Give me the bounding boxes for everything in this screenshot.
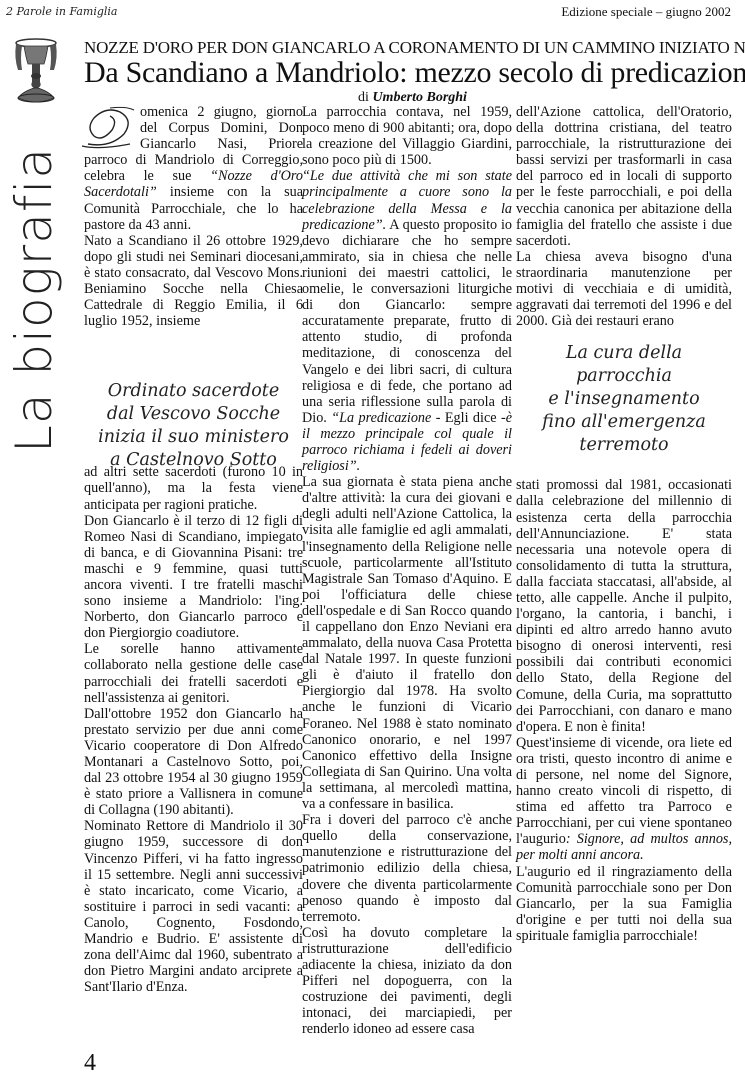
paragraph: Nominato Rettore di Mandriolo il 30 giug… xyxy=(84,818,303,995)
publication-name: 2 Parole in Famiglia xyxy=(6,5,118,18)
pullquote-1: Ordinato sacerdote dal Vescovo Socche in… xyxy=(84,380,303,472)
paragraph: “Le due attività che mi son state princi… xyxy=(302,168,512,474)
section-label: La biografia xyxy=(4,160,64,440)
paragraph: Don Giancarlo è il terzo di 12 figli di … xyxy=(84,513,303,642)
pullquote-line: a Castelnovo Sotto xyxy=(84,449,303,472)
paragraph: Le sorelle hanno attivamente collaborato… xyxy=(84,641,303,705)
column-2: La parrocchia contava, nel 1959, poco me… xyxy=(302,104,512,1037)
paragraph: Nato a Scandiano il 26 ottobre 1929, dop… xyxy=(84,233,303,330)
byline-prefix: di xyxy=(358,90,369,105)
pullquote-line: fino all'emergenza xyxy=(516,411,732,434)
paragraph: Quest'insieme di vicende, ora liete ed o… xyxy=(516,735,732,864)
edition-label: Edizione speciale – giugno 2002 xyxy=(561,4,731,20)
paragraph: stati promossi dal 1981, occasionati dal… xyxy=(516,477,732,735)
pullquote-line: e l'insegnamento xyxy=(516,388,732,411)
text: - Egli dice xyxy=(431,410,501,426)
paragraph: Così ha dovuto completare la ristruttura… xyxy=(302,925,512,1038)
article-title: Da Scandiano a Mandriolo: mezzo secolo d… xyxy=(84,56,734,90)
paragraph: La parrocchia contava, nel 1959, poco me… xyxy=(302,104,512,168)
ornamental-d-icon xyxy=(80,104,136,152)
pullquote-line: terremoto xyxy=(516,434,732,457)
paragraph: dell'Azione cattolica, dell'Oratorio, de… xyxy=(516,104,732,249)
paragraph: Dall'ottobre 1952 don Giancarlo ha prest… xyxy=(84,706,303,819)
text: A questo proposito io devo dichiarare ch… xyxy=(302,217,512,426)
pullquote-2: La cura della parrocchia e l'insegnament… xyxy=(516,342,732,457)
text-italic: “La predicazione xyxy=(331,410,431,426)
pullquote-line: La cura della xyxy=(516,342,732,365)
column-3: dell'Azione cattolica, dell'Oratorio, de… xyxy=(516,104,732,944)
paragraph: La chiesa aveva bisogno d'una straordina… xyxy=(516,249,732,329)
author-name: Umberto Borghi xyxy=(372,90,467,105)
paragraph: Fra i doveri del parroco c'è anche quell… xyxy=(302,812,512,925)
pullquote-line: parrocchia xyxy=(516,365,732,388)
paragraph: omenica 2 giugno, giorno del Corpus Domi… xyxy=(84,104,303,233)
pullquote-line: dal Vescovo Socche xyxy=(84,403,303,426)
paragraph: La sua giornata è stata piena anche d'al… xyxy=(302,474,512,812)
pullquote-line: Ordinato sacerdote xyxy=(84,380,303,403)
paragraph: L'augurio ed il ringraziamento della Com… xyxy=(516,864,732,944)
section-label-text: La biografia xyxy=(5,147,63,453)
column-1: omenica 2 giugno, giorno del Corpus Domi… xyxy=(84,104,303,995)
pullquote-line: inizia il suo ministero xyxy=(84,426,303,449)
article-kicker: NOZZE D'ORO PER DON GIANCARLO A CORONAME… xyxy=(84,38,734,58)
page-number: 4 xyxy=(84,1050,96,1077)
